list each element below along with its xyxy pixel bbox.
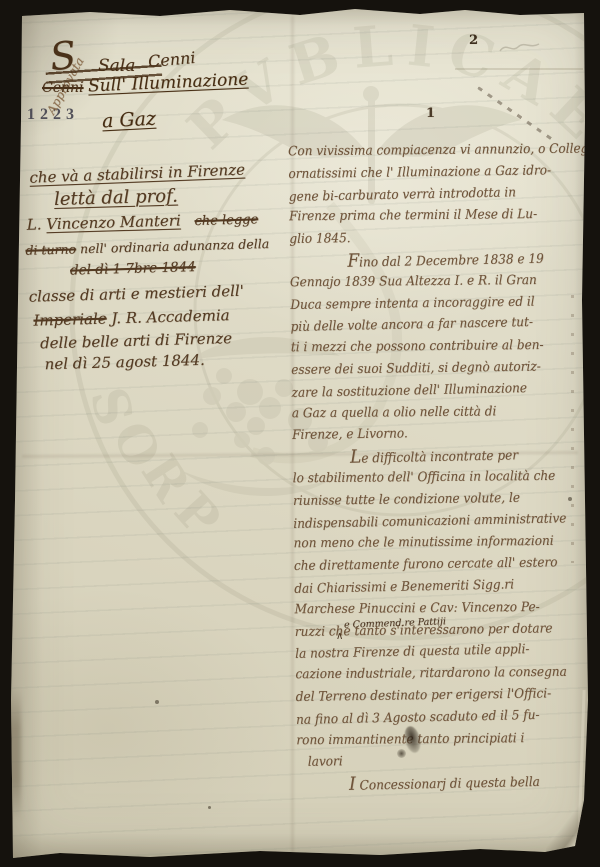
manuscript-line: L. Vincenzo Manteri che legge xyxy=(27,209,259,233)
manuscript-line: a Gaz a quella a olio nelle città di xyxy=(292,400,582,424)
manuscript-line: Imperiale J. R. Accademia xyxy=(33,306,230,329)
left-column: che và a stabilirsi in Firenze lettà dal… xyxy=(23,156,301,379)
manuscript-line: lo stabilimento dell' Officina in locali… xyxy=(293,466,583,490)
manuscript-line: ti i mezzi che possono contribuire al be… xyxy=(291,335,581,359)
heading-subtitle: a Gaz xyxy=(101,108,156,133)
right-column: Con vivissima compiacenza vi annunzio, o… xyxy=(288,138,587,796)
page-edge-marks xyxy=(571,295,574,563)
watermark-letter: S xyxy=(78,381,145,432)
photo-background: PVBLICAE P R O S xyxy=(0,0,600,867)
ink-transfer-marks xyxy=(477,86,554,141)
manuscript-line: non meno che le minutissime informazioni xyxy=(294,531,584,555)
line-prefix: L. xyxy=(27,215,42,233)
top-right-crease xyxy=(455,68,583,70)
manuscript-line: nel dì 25 agost 1844. xyxy=(44,351,205,373)
manuscript-line: Firenze prima che termini il Mese di Lu- xyxy=(289,204,579,228)
line-text: nell' ordinaria adunanza della xyxy=(80,236,270,256)
manuscript-line: rono immantinente tanto principiati i xyxy=(296,727,586,751)
manuscript-line: I Concessionarj di questa bella xyxy=(297,769,588,797)
page-number: 1 xyxy=(426,106,435,121)
manuscript-line: Gennajo 1839 Sua Altezza I. e R. il Gran xyxy=(290,269,580,293)
ink-speck xyxy=(155,700,159,704)
manuscript-line: lettà dal prof. xyxy=(54,186,178,210)
author-name: Vincenzo Manteri xyxy=(46,211,181,233)
manuscript-line: Con vivissima compiacenza vi annunzio, o… xyxy=(288,139,578,163)
edge-smudge xyxy=(8,688,21,820)
watermark-letter: O xyxy=(101,413,173,477)
pencil-mark xyxy=(498,38,542,58)
heading-word-cenni: Cenni xyxy=(147,48,196,71)
manuscript-line: di turno nell' ordinaria adunanza della xyxy=(25,236,269,258)
ink-speck xyxy=(208,806,211,809)
manuscript-line: delle belle arti di Firenze xyxy=(40,329,232,352)
manuscript-line: cazione industriale, ritardarono la cons… xyxy=(295,662,585,686)
struck-text: Imperiale xyxy=(33,310,107,330)
heading-struck-word-2: Cenni xyxy=(42,80,84,96)
folded-corner xyxy=(546,786,596,858)
struck-text: che legge xyxy=(194,212,258,229)
manuscript-page: PVBLICAE P R O S xyxy=(0,0,600,867)
struck-date-line: del dì 1 7bre 1844 xyxy=(70,259,196,279)
manuscript-line: classe di arti e mestieri dell' xyxy=(29,282,245,306)
line-text: J. R. Accademia xyxy=(111,306,230,327)
watermark-letter: P xyxy=(163,481,232,548)
insertion-caret: ∧ xyxy=(336,631,343,642)
ink-blot xyxy=(397,749,406,758)
struck-text: di turno xyxy=(25,241,76,257)
manuscript-line: che và a stabilirsi in Firenze xyxy=(29,161,245,187)
folio-number: 2 xyxy=(469,33,478,48)
